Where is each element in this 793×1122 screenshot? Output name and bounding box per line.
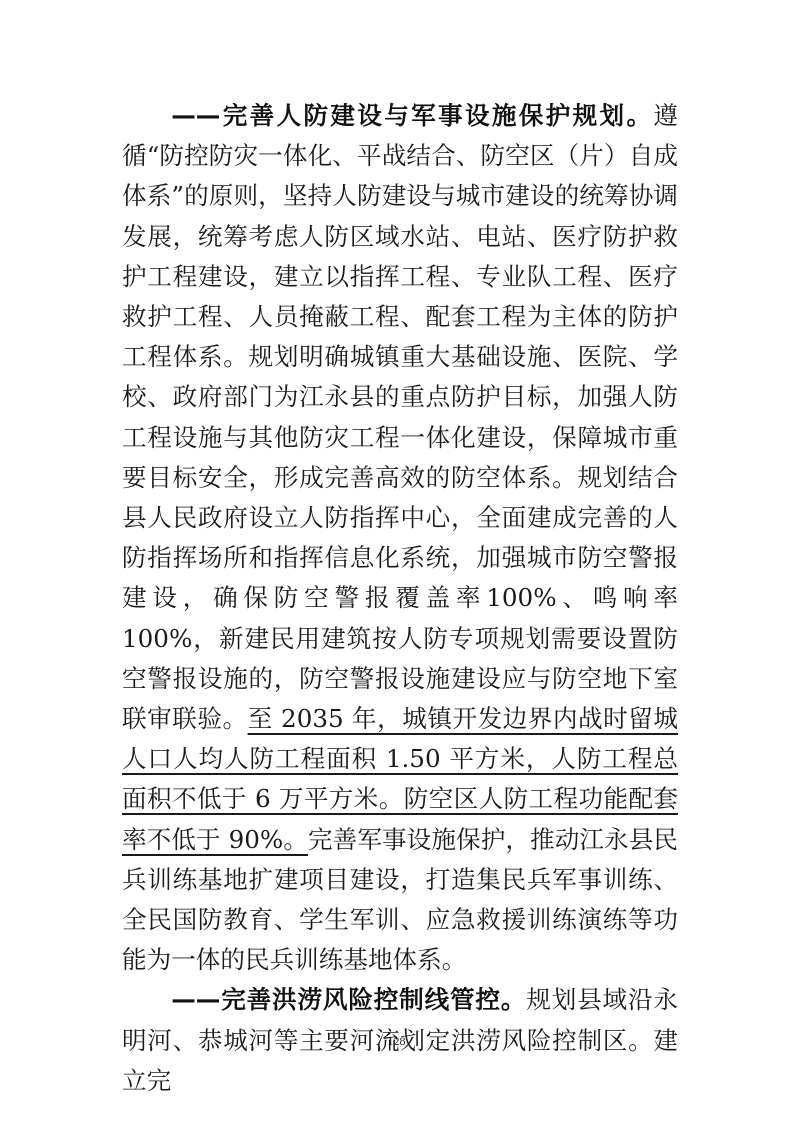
paragraph-civil-defense: ——完善人防建设与军事设施保护规划。遵循“防控防灾一体化、平战结合、防空区（片）…	[122, 96, 678, 980]
page-number: 128	[0, 1034, 793, 1049]
document-page: ——完善人防建设与军事设施保护规划。遵循“防控防灾一体化、平战结合、防空区（片）…	[0, 0, 793, 1122]
paragraph-heading: ——完善洪涝风险控制线管控。	[171, 985, 526, 1014]
body-text: ——完善人防建设与军事设施保护规划。遵循“防控防灾一体化、平战结合、防空区（片）…	[122, 96, 678, 1101]
paragraph-heading: ——完善人防建设与军事设施保护规划。	[171, 101, 653, 130]
paragraph-text: 遵循“防控防灾一体化、平战结合、防空区（片）自成体系”的原则，坚持人防建设与城市…	[122, 101, 678, 733]
